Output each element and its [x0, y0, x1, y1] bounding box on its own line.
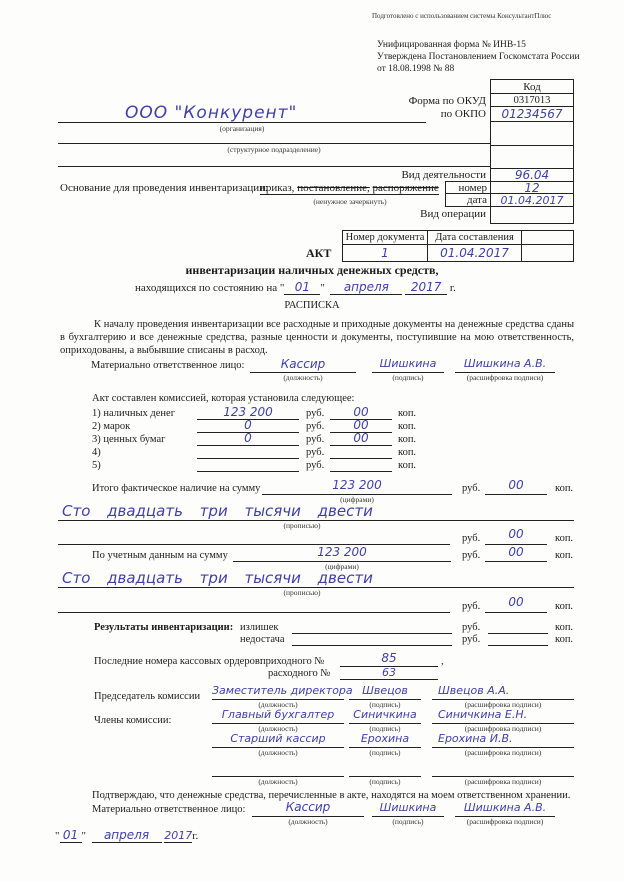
book-kop-line [485, 561, 547, 562]
member-name-caption: (расшифровка подписи) [432, 748, 574, 757]
code-empty-1 [490, 121, 574, 146]
organization-caption: (организация) [58, 124, 426, 133]
confirmation-day[interactable]: 01 [60, 828, 82, 843]
book-words-rub-label: руб. [462, 601, 480, 612]
member-signature-caption: (подпись) [349, 777, 421, 786]
receipt-title: РАСПИСКА [0, 300, 624, 311]
member-name-caption: (расшифровка подписи) [432, 777, 574, 786]
item-rub-label: руб. [306, 434, 324, 445]
book-words-kop[interactable]: 00 [485, 595, 547, 609]
outgoing-value[interactable]: 63 [340, 666, 438, 679]
item-rub-line [197, 458, 299, 459]
actual-label: Итого фактическое наличие на сумму [92, 483, 260, 494]
member-full-name[interactable]: Синичкина Е.Н. [438, 708, 574, 721]
member-position[interactable]: Заместитель директора [212, 684, 344, 697]
doc-number[interactable]: 1 [342, 244, 428, 262]
as-of-year[interactable]: 2017 [405, 280, 447, 295]
prepared-note: Подготовлено с использованием системы Ко… [372, 12, 551, 20]
book-words-line-2 [58, 612, 450, 613]
actual-kop-label: коп. [555, 483, 573, 494]
actual-words[interactable]: Сто двадцать три тысячи двести [62, 502, 373, 520]
actual-kop-line [485, 494, 547, 495]
outgoing-line [340, 679, 438, 680]
shortage-label: недостача [240, 634, 285, 645]
confirmation-year-suffix: г. [192, 830, 198, 842]
okud-label: Форма по ОКУД [380, 95, 486, 107]
actual-words-kop[interactable]: 00 [485, 527, 547, 541]
as-of-suffix: г. [450, 282, 456, 294]
receipt-position-caption: (должность) [250, 373, 356, 382]
chairman-label: Председатель комиссии [94, 691, 200, 702]
surplus-kop-line[interactable] [488, 633, 548, 634]
actual-digits[interactable]: 123 200 [262, 478, 452, 492]
organization-line [58, 122, 426, 123]
actual-rub-label: руб. [462, 483, 480, 494]
item-kop-line [330, 445, 392, 446]
approved-by: Утверждена Постановлением Госкомстата Ро… [377, 52, 580, 62]
okpo-label: по ОКПО [380, 108, 486, 120]
book-words-caption: (прописью) [262, 588, 342, 597]
incoming-comma: , [441, 656, 444, 667]
form-name: Унифицированная форма № ИНВ-15 [377, 40, 526, 50]
receipt-text: К началу проведения инвентаризации все р… [60, 318, 574, 357]
act-title: инвентаризации наличных денежных средств… [0, 263, 624, 278]
as-of-row: находящихся по состоянию на "01" апреля … [135, 280, 456, 295]
as-of-day[interactable]: 01 [284, 280, 320, 295]
book-rub-label: руб. [462, 550, 480, 561]
surplus-kop-label: коп. [555, 622, 573, 633]
code-empty-2 [490, 145, 574, 169]
receipt-full-name[interactable]: Шишкина А.В. [455, 357, 555, 370]
item-label: 1) наличных денег [92, 408, 175, 419]
confirmation-year[interactable]: 2017 [164, 829, 192, 843]
member-signature[interactable]: Синичкина [349, 708, 421, 721]
operation-label: Вид операции [380, 208, 486, 220]
okud-value: 0317013 [490, 93, 574, 107]
item-label: 5) [92, 460, 101, 471]
item-label: 4) [92, 447, 101, 458]
shortage-rub-line[interactable] [292, 645, 452, 646]
shortage-rub-label: руб. [462, 634, 480, 645]
actual-words-caption: (прописью) [262, 521, 342, 530]
member-signature-caption: (подпись) [349, 748, 421, 757]
confirmation-signature-caption: (подпись) [372, 817, 444, 826]
item-kop[interactable]: 00 [330, 405, 392, 419]
basis-label: Основание для проведения инвентаризации: [60, 182, 268, 194]
extra-line [58, 166, 490, 167]
act-label: АКТ [306, 246, 331, 261]
incoming-value[interactable]: 85 [340, 651, 438, 665]
results-label: Результаты инвентаризации: [94, 622, 233, 633]
item-kop-label: коп. [398, 421, 416, 432]
surplus-rub-line[interactable] [292, 633, 452, 634]
confirmation-full-name[interactable]: Шишкина А.В. [455, 801, 555, 814]
operation-value[interactable] [490, 206, 574, 224]
item-kop-label: коп. [398, 434, 416, 445]
confirmation-name-caption: (расшифровка подписи) [455, 817, 555, 826]
confirmation-responsible-label: Материально ответственное лицо: [92, 804, 245, 815]
okpo-value[interactable]: 01234567 [490, 106, 574, 122]
book-kop-label: коп. [555, 550, 573, 561]
basis-caption: (ненужное зачеркнуть) [290, 197, 410, 206]
item-rub[interactable]: 0 [197, 431, 299, 445]
item-kop-label: коп. [398, 447, 416, 458]
confirmation-position[interactable]: Кассир [252, 800, 364, 814]
commission-intro: Акт составлен комиссией, которая установ… [92, 393, 354, 404]
code-header: Код [490, 79, 574, 94]
member-position-caption: (должность) [212, 748, 344, 757]
doc-header-empty [521, 230, 574, 245]
approved-date: от 18.08.1998 № 88 [377, 64, 454, 74]
surplus-label: излишек [240, 622, 278, 633]
members-label: Члены комиссии: [94, 715, 171, 726]
as-of-quote: " [320, 282, 325, 294]
member-signature[interactable]: Ерохина [349, 732, 421, 745]
doc-date-header: Дата составления [427, 230, 522, 245]
item-kop-label: коп. [398, 408, 416, 419]
date-value[interactable]: 01.04.2017 [490, 193, 574, 207]
book-kop[interactable]: 00 [485, 545, 547, 559]
basis-option-resolution[interactable]: постановление, [297, 182, 370, 194]
book-words-kop-line [485, 612, 547, 613]
date-label: дата [445, 193, 491, 207]
confirmation-date: "01" апреля 2017г. [55, 828, 198, 843]
item-kop-line [330, 458, 392, 459]
as-of-prefix: находящихся по состоянию на " [135, 282, 284, 294]
basis-option-order[interactable]: приказ, [260, 182, 294, 194]
member-full-name[interactable]: Ерохина И.В. [438, 732, 574, 745]
item-rub[interactable]: 123 200 [197, 405, 299, 419]
item-kop-label: коп. [398, 460, 416, 471]
member-position-caption: (должность) [212, 777, 344, 786]
item-kop[interactable]: 00 [330, 431, 392, 445]
as-of-month[interactable]: апреля [330, 280, 402, 295]
basis-option-directive[interactable]: распоряжение [373, 182, 439, 194]
item-kop-line [330, 471, 392, 472]
actual-kop[interactable]: 00 [485, 478, 547, 492]
item-label: 2) марок [92, 421, 130, 432]
organization-name[interactable]: ООО "Конкурент" [125, 103, 297, 123]
member-signature[interactable]: Швецов [349, 684, 421, 697]
receipt-position[interactable]: Кассир [250, 357, 356, 371]
confirmation-position-caption: (должность) [252, 817, 364, 826]
receipt-name-caption: (расшифровка подписи) [455, 373, 555, 382]
item-label: 3) ценных бумаг [92, 434, 165, 445]
item-kop[interactable]: 00 [330, 418, 392, 432]
receipt-responsible-label: Материально ответственное лицо: [91, 360, 244, 371]
outgoing-label: расходного № [268, 668, 330, 679]
doc-empty [521, 244, 574, 262]
item-rub[interactable]: 0 [197, 418, 299, 432]
actual-words-rub-label: руб. [462, 533, 480, 544]
confirmation-signature[interactable]: Шишкина [372, 801, 444, 814]
shortage-kop-label: коп. [555, 634, 573, 645]
incoming-label: приходного № [260, 656, 324, 667]
item-rub-label: руб. [306, 408, 324, 419]
item-rub-label: руб. [306, 447, 324, 458]
item-rub-label: руб. [306, 460, 324, 471]
receipt-signature-caption: (подпись) [372, 373, 444, 382]
member-position[interactable]: Старший кассир [212, 732, 344, 745]
shortage-kop-line[interactable] [488, 645, 548, 646]
member-position[interactable]: Главный бухгалтер [212, 708, 344, 721]
activity-label: Вид деятельности [380, 169, 486, 181]
receipt-signature[interactable]: Шишкина [372, 357, 444, 370]
item-rub-line [197, 471, 299, 472]
surplus-rub-label: руб. [462, 622, 480, 633]
doc-date[interactable]: 01.04.2017 [427, 244, 522, 262]
orders-label: Последние номера кассовых ордеров: [94, 656, 263, 667]
item-rub-label: руб. [306, 421, 324, 432]
book-label: По учетным данным на сумму [92, 550, 228, 561]
actual-words-kop-label: коп. [555, 533, 573, 544]
item-rub-line [197, 445, 299, 446]
division-line [58, 143, 490, 144]
confirmation-month[interactable]: апреля [92, 828, 162, 843]
basis-options: приказ, постановление, распоряжение [260, 182, 439, 195]
doc-number-header: Номер документа [342, 230, 428, 245]
book-digits[interactable]: 123 200 [233, 545, 451, 559]
division-caption: (структурное подразделение) [58, 145, 490, 154]
member-full-name[interactable]: Швецов А.А. [438, 684, 574, 697]
book-words-kop-label: коп. [555, 601, 573, 612]
book-words[interactable]: Сто двадцать три тысячи двести [62, 569, 373, 587]
